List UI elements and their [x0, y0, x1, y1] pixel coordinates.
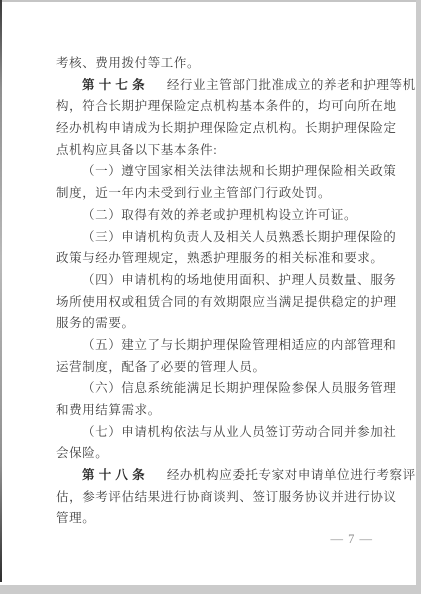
- line-text: 估，参考评估结果进行协商谈判、签订服务协议并进行协议: [56, 490, 397, 504]
- text-line: （二）取得有效的养老或护理机构设立许可证。: [56, 205, 388, 227]
- line-text: 服务的需要。: [56, 316, 135, 330]
- line-text: （一）遵守国家相关法律法规和长期护理保险相关政策: [82, 164, 396, 178]
- line-text: （三）申请机构负责人及相关人员熟悉长期护理保险的: [82, 230, 396, 244]
- line-text: 点机构应具备以下基本条件:: [56, 143, 217, 157]
- page-number: — 7 —: [56, 529, 388, 551]
- line-text: （二）取得有效的养老或护理机构设立许可证。: [82, 208, 357, 222]
- text-line: 会保险。: [56, 443, 388, 465]
- text-line: 场所使用权或租赁合同的有效期限应当满足提供稳定的护理: [56, 292, 388, 314]
- text-line: （一）遵守国家相关法律法规和长期护理保险相关政策: [56, 161, 388, 183]
- scan-edge-right: [416, 0, 421, 594]
- line-text: 运营制度，配备了必要的管理人员。: [56, 360, 266, 374]
- scan-edge-top: [0, 0, 421, 2]
- document-page: 考核、费用拨付等工作。第十七条经行业主管部门批准成立的养老和护理等机构，符合长期…: [0, 0, 421, 594]
- scan-edge-bottom: [0, 585, 421, 594]
- text-line: 第十七条经行业主管部门批准成立的养老和护理等机: [56, 75, 388, 97]
- line-text: 考核、费用拨付等工作。: [56, 56, 200, 70]
- line-text: （七）申请机构依法与从业人员签订劳动合同并参加社: [82, 425, 396, 439]
- line-text: 和费用结算需求。: [56, 403, 161, 417]
- text-line: （三）申请机构负责人及相关人员熟悉长期护理保险的: [56, 227, 388, 249]
- article-number: 第十七条: [82, 78, 149, 92]
- line-text: 会保险。: [56, 446, 108, 460]
- text-line: （五）建立了与长期护理保险管理相适应的内部管理和: [56, 335, 388, 357]
- line-text: 经办机构申请成为长期护理保险定点机构。长期护理保险定: [56, 121, 397, 135]
- text-line: （七）申请机构依法与从业人员签订劳动合同并参加社: [56, 422, 388, 444]
- text-line: 运营制度，配备了必要的管理人员。: [56, 357, 388, 379]
- text-line: 构，符合长期护理保险定点机构基本条件的，均可向所在地: [56, 96, 388, 118]
- text-line: （六）信息系统能满足长期护理保险参保人员服务管理: [56, 378, 388, 400]
- line-text: 经行业主管部门批准成立的养老和护理等机: [167, 78, 416, 92]
- text-line: 政策与经办管理规定，熟悉护理服务的相关标准和要求。: [56, 248, 388, 270]
- text-line: 第十八条经办机构应委托专家对申请单位进行考察评: [56, 465, 388, 487]
- document-body: 考核、费用拨付等工作。第十七条经行业主管部门批准成立的养老和护理等机构，符合长期…: [56, 53, 388, 530]
- line-text: （五）建立了与长期护理保险管理相适应的内部管理和: [82, 338, 396, 352]
- text-line: 经办机构申请成为长期护理保险定点机构。长期护理保险定: [56, 118, 388, 140]
- article-number: 第十八条: [82, 468, 149, 482]
- scan-edge-left: [0, 0, 2, 582]
- text-line: 管理。: [56, 508, 388, 530]
- text-line: （四）申请机构的场地使用面积、护理人员数量、服务: [56, 270, 388, 292]
- line-text: 构，符合长期护理保险定点机构基本条件的，均可向所在地: [56, 99, 397, 113]
- line-text: （六）信息系统能满足长期护理保险参保人员服务管理: [82, 381, 396, 395]
- text-line: 制度，近一年内未受到行业主管部门行政处罚。: [56, 183, 388, 205]
- line-text: 政策与经办管理规定，熟悉护理服务的相关标准和要求。: [56, 251, 384, 265]
- text-line: 服务的需要。: [56, 313, 388, 335]
- line-text: 管理。: [56, 511, 95, 525]
- line-text: （四）申请机构的场地使用面积、护理人员数量、服务: [82, 273, 396, 287]
- text-line: 和费用结算需求。: [56, 400, 388, 422]
- text-line: 点机构应具备以下基本条件:: [56, 140, 388, 162]
- line-text: 场所使用权或租赁合同的有效期限应当满足提供稳定的护理: [56, 295, 397, 309]
- line-text: 制度，近一年内未受到行业主管部门行政处罚。: [56, 186, 331, 200]
- text-line: 考核、费用拨付等工作。: [56, 53, 388, 75]
- text-line: 估，参考评估结果进行协商谈判、签订服务协议并进行协议: [56, 487, 388, 509]
- line-text: 经办机构应委托专家对申请单位进行考察评: [167, 468, 416, 482]
